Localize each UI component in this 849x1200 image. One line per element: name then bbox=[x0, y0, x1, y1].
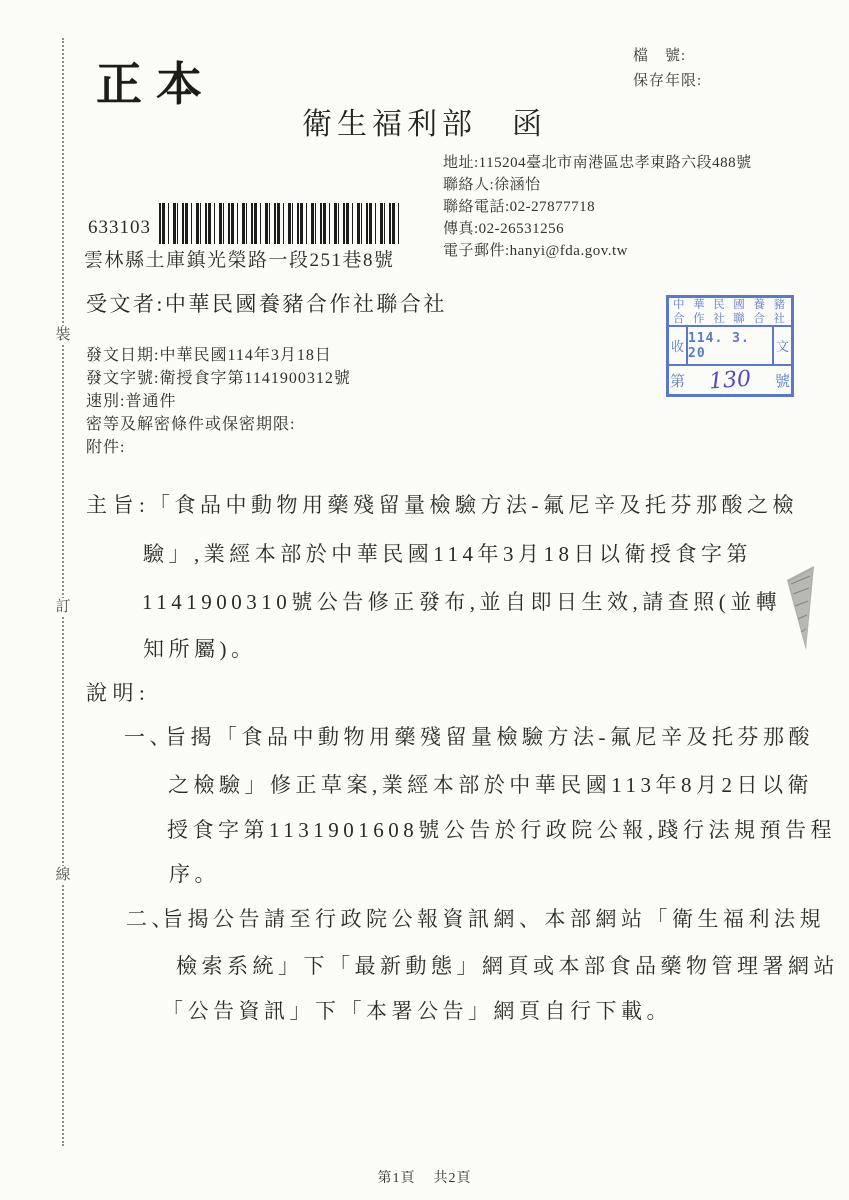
security-classification: 密等及解密條件或保密期限: bbox=[86, 413, 351, 436]
retention-period-label: 保存年限: bbox=[633, 69, 702, 94]
receipt-stamp: 中華民國養豬 合作社聯合社 收 114. 3. 20 文 第 130 號 bbox=[666, 295, 794, 397]
sender-phone: 聯絡電話:02-27877718 bbox=[443, 196, 752, 218]
priority: 速別:普通件 bbox=[86, 390, 351, 413]
sender-email: 電子郵件:hanyi@fda.gov.tw bbox=[443, 240, 752, 262]
sender-contact-person: 聯絡人:徐涵怡 bbox=[443, 174, 752, 196]
item-line: 「公告資訊」下「本署公告」網頁自行下載。 bbox=[162, 995, 672, 1025]
document-meta-block: 發文日期:中華民國114年3月18日 發文字號:衛授食字第1141900312號… bbox=[86, 344, 351, 459]
sender-contact-block: 地址:115204臺北市南港區忠孝東路六段488號 聯絡人:徐涵怡 聯絡電話:0… bbox=[443, 152, 752, 262]
sender-address: 地址:115204臺北市南港區忠孝東路六段488號 bbox=[443, 152, 752, 174]
item-line: 授食字第1131901608號公告於行政院公報,踐行法規預告程 bbox=[167, 814, 836, 844]
binding-mark-bottom: 線 bbox=[50, 866, 76, 884]
stamp-handwritten-number: 130 bbox=[685, 363, 775, 397]
subject-line: 驗」,業經本部於中華民國114年3月18日以衛授食字第 bbox=[143, 538, 752, 568]
recipient-line: 受文者:中華民國養豬合作社聯合社 bbox=[86, 288, 447, 318]
subject-line: 「食品中動物用藥殘留量檢驗方法-氟尼辛及托芬那酸之檢 bbox=[149, 489, 798, 519]
stamp-doc-label: 文 bbox=[774, 327, 791, 364]
item-line: 之檢驗」修正草案,業經本部於中華民國113年8月2日以衛 bbox=[168, 769, 813, 799]
file-meta-block: 檔 號: 保存年限: bbox=[633, 44, 702, 94]
postal-code: 633103 bbox=[88, 217, 151, 239]
file-number-label: 檔 號: bbox=[633, 44, 702, 69]
binding-mark-middle: 訂 bbox=[50, 598, 76, 616]
partial-stamp-artifact bbox=[782, 564, 816, 652]
description-label: 說明: bbox=[86, 677, 150, 707]
item-line: 旨揭公告請至行政院公報資訊網、本部網站「衛生福利法規 bbox=[162, 903, 825, 933]
sender-fax: 傳真:02-26531256 bbox=[443, 218, 752, 240]
item-line: 檢索系統」下「最新動態」網頁或本部食品藥物管理署網站 bbox=[176, 950, 839, 980]
item-line: 序。 bbox=[169, 858, 220, 888]
document-title: 衛生福利部 函 bbox=[0, 99, 849, 143]
binding-mark-top: 裝 bbox=[50, 326, 76, 344]
stamp-number-prefix: 第 bbox=[669, 366, 686, 394]
subject-label: 主旨: bbox=[86, 489, 150, 519]
subject-line: 知所屬)。 bbox=[143, 633, 257, 663]
issue-date: 發文日期:中華民國114年3月18日 bbox=[86, 344, 351, 367]
issue-number: 發文字號:衛授食字第1141900312號 bbox=[86, 367, 351, 390]
mailing-barcode bbox=[159, 203, 399, 244]
page-footer: 第1頁共2頁 bbox=[0, 1167, 849, 1187]
item-line: 旨揭「食品中動物用藥殘留量檢驗方法-氟尼辛及托芬那酸 bbox=[165, 721, 814, 751]
stamp-number-row: 第 130 號 bbox=[669, 366, 791, 394]
recipient-address: 雲林縣土庫鎮光榮路一段251巷8號 bbox=[84, 245, 395, 272]
stamp-org-line1: 中華民國養豬 bbox=[669, 298, 791, 312]
binding-dotted-line bbox=[62, 38, 64, 1146]
page-number: 第1頁 bbox=[378, 1171, 416, 1186]
scanned-official-letter: 裝 訂 線 正本 檔 號: 保存年限: 衛生福利部 函 地址:115204臺北市… bbox=[0, 0, 849, 1200]
stamp-org-line2: 合作社聯合社 bbox=[669, 312, 791, 326]
subject-line: 1141900310號公告修正發布,並自即日生效,請查照(並轉 bbox=[142, 586, 781, 616]
stamp-date-row: 收 114. 3. 20 文 bbox=[669, 325, 791, 366]
stamp-number-suffix: 號 bbox=[774, 366, 791, 394]
page-total: 共2頁 bbox=[434, 1171, 472, 1186]
stamp-receive-label: 收 bbox=[669, 327, 686, 364]
attachment: 附件: bbox=[86, 436, 351, 459]
stamp-date: 114. 3. 20 bbox=[686, 327, 774, 364]
